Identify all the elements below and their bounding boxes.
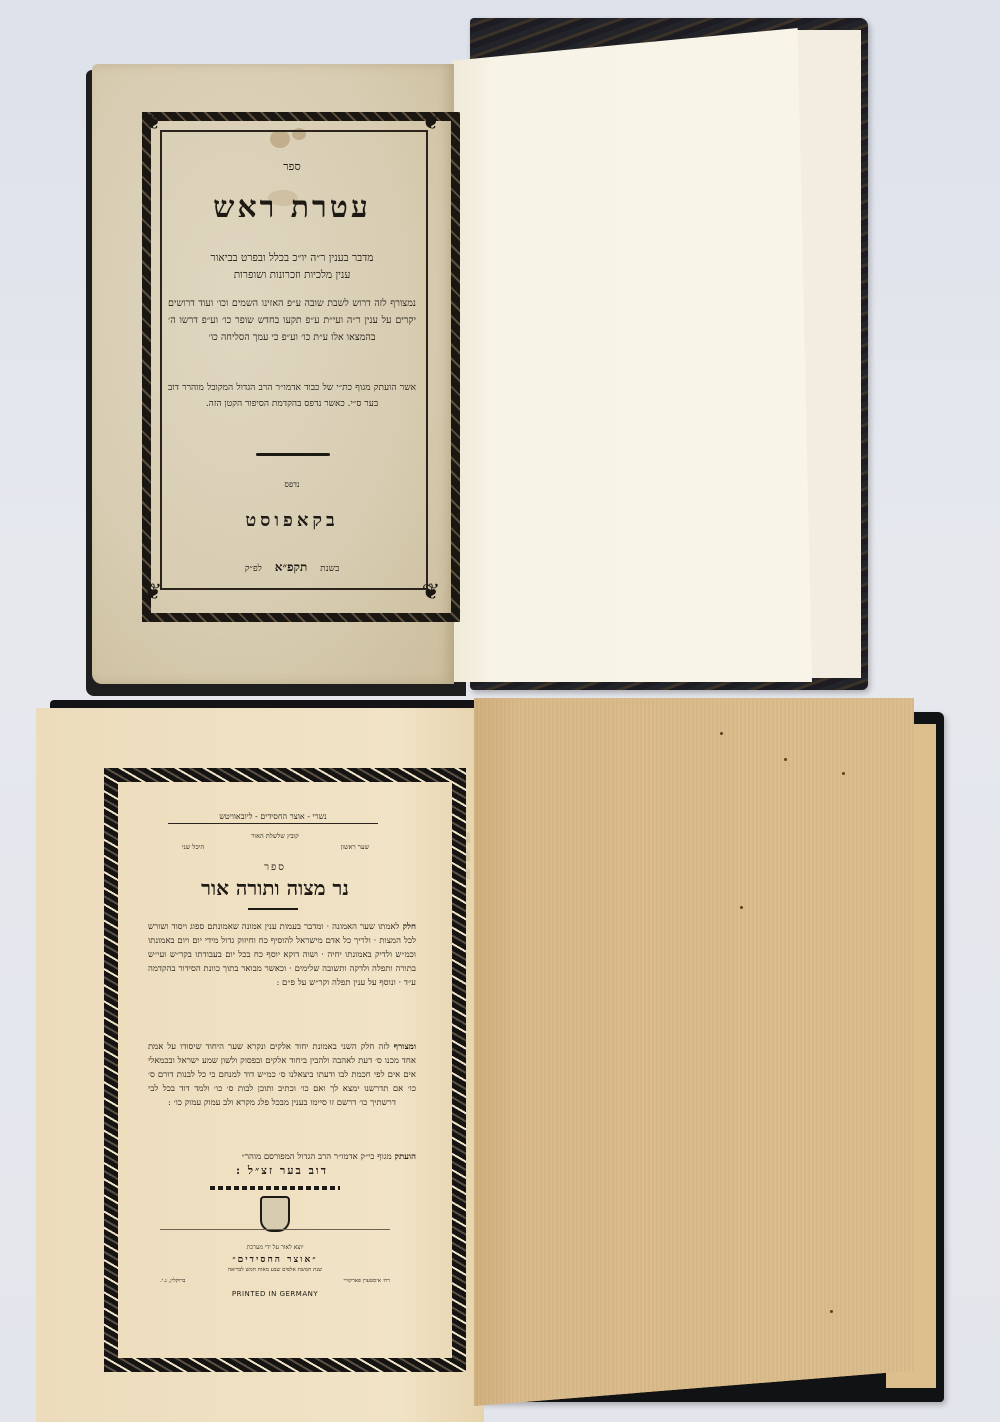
print-year: בשנת תקפ״א לפ״ק: [160, 560, 424, 575]
paper-speck: [842, 772, 845, 775]
part-one-paragraph: חלק לאמתו שער האמונה · ומדבר בעמות ענין …: [148, 920, 416, 990]
credit-body: מגוף כי״ק אדמו״ר הרב הגדול המפורסם מוהר״: [242, 1152, 392, 1162]
year-value: תקפ״א: [275, 560, 308, 574]
paper-speck: [784, 758, 787, 761]
fleuron-corner-icon: ❦: [140, 580, 166, 606]
book-top-blank-page: [452, 28, 812, 682]
year-prefix: בשנת: [320, 564, 339, 574]
paper-speck: [740, 906, 743, 909]
book-bottom-blank-page: [474, 698, 914, 1406]
paragraph-body: לזה חלק השני באמונת יחוד אלקים ונקרא שער…: [148, 1042, 416, 1108]
paragraph-lead: ומצורף: [394, 1042, 416, 1052]
paper-speck: [830, 1310, 833, 1313]
book-title: עטרת ראש: [160, 190, 424, 225]
publisher-name: ״אוצר החסידים״: [160, 1254, 390, 1265]
section-label-left: שער ראשון: [338, 843, 372, 851]
source-paragraph: אשר הועתק מגוף כת״י של כבוד אדמו״ר הרב ה…: [168, 380, 416, 412]
description-paragraph: נמצורף לזה דרוש לשבת שובה ע״פ האזינו השמ…: [168, 295, 416, 346]
fleuron-corner-icon: ❦: [418, 110, 444, 136]
printed-in-label: PRINTED IN GERMANY: [160, 1290, 390, 1298]
fleuron-corner-icon: ❦: [418, 580, 444, 606]
publisher-year: שנת חמשת אלפים שבע מאות חמש לבריאה: [160, 1267, 390, 1273]
book-title: נר מצוה ותורה אור: [140, 876, 410, 901]
subtitle-line: ענין מלכיות וזכרונות ושופרות: [168, 267, 416, 284]
series-header: נשרי - אוצר החסידים - ליובאוויטש: [168, 812, 378, 824]
section-label-right: היכל שני: [176, 843, 210, 851]
credit-lead: הועתק: [394, 1152, 416, 1162]
publisher-emblem-icon: [260, 1196, 290, 1232]
divider-rule: [248, 908, 298, 910]
subtitle: מדבר בענין ר״ה יו״כ בכלל ובפרט בביאור ענ…: [168, 250, 416, 284]
sefer-label: ספר: [160, 160, 424, 173]
printed-label: נדפס: [160, 480, 424, 489]
publisher-line: יוצא לאור על ידי מערכת: [160, 1244, 390, 1251]
year-suffix: לפ״ק: [245, 564, 262, 574]
divider-rule: [160, 1229, 390, 1230]
author-credit: הועתק מגוף כי״ק אדמו״ר הרב הגדול המפורסם…: [148, 1150, 416, 1178]
publisher-address: רח׳ איסטערן פארקוויי ברוקלין, נ.י.: [160, 1278, 390, 1284]
divider-rule: [256, 453, 330, 456]
part-two-paragraph: ומצורף לזה חלק השני באמונת יחוד אלקים ונ…: [148, 1040, 416, 1110]
kovetz-label: קובץ שלשלת האור: [240, 832, 310, 840]
address-city: ברוקלין, נ.י.: [160, 1278, 185, 1284]
address-street: רח׳ איסטערן פארקוויי: [343, 1278, 390, 1284]
fleuron-corner-icon: ❦: [140, 110, 166, 136]
paper-speck: [720, 732, 723, 735]
ornament-rule: [210, 1186, 340, 1190]
author-name: דוב בער זצ״ל :: [148, 1164, 416, 1178]
paragraph-body: לאמתו שער האמונה · ומדבר בעמות ענין אמונ…: [148, 922, 416, 988]
print-city: בקאפוסט: [160, 510, 424, 531]
subtitle-line: מדבר בענין ר״ה יו״כ בכלל ובפרט בביאור: [168, 250, 416, 267]
paragraph-lead: חלק: [402, 922, 416, 932]
sefer-label: ספר: [230, 862, 320, 873]
